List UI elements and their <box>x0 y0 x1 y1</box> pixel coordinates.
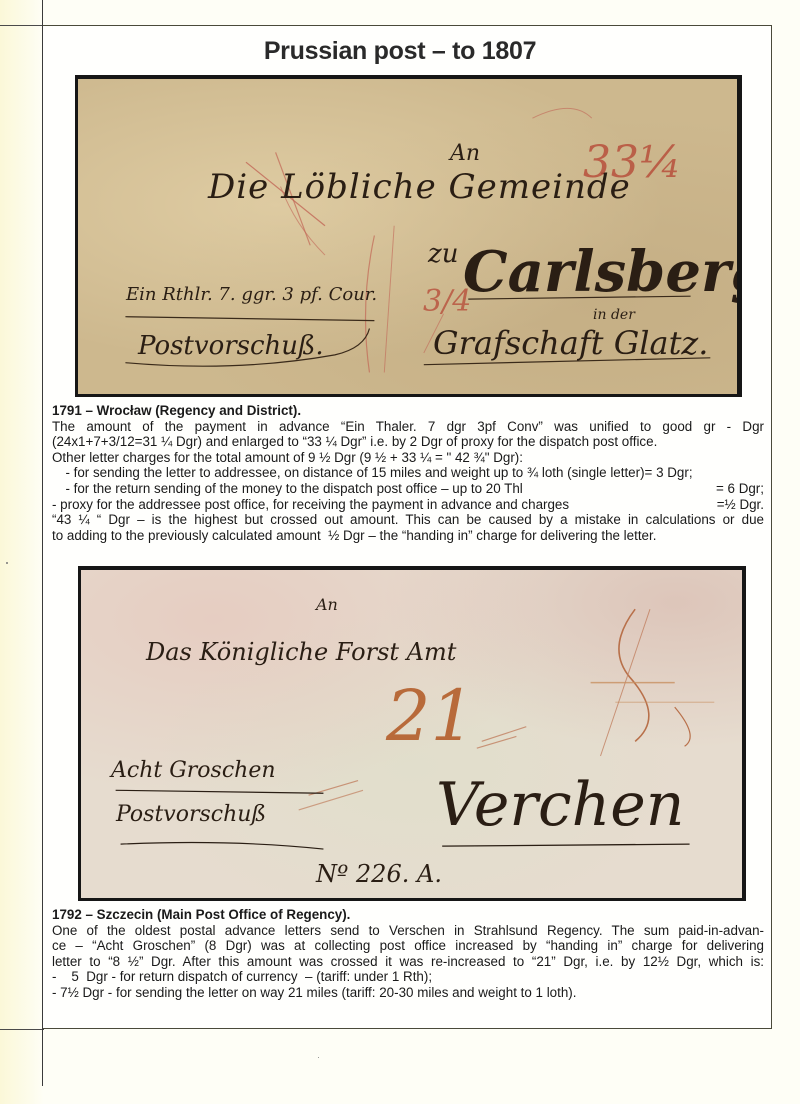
envelope-1792-image: An Das Königliche Forst Amt 21 Acht Gros… <box>78 566 746 901</box>
handwritten-city: Carlsberg, <box>463 239 742 305</box>
charge-row: - for the return sending of the money to… <box>52 481 764 497</box>
paragraph-line: ce – “Acht Groschen” (8 Dgr) was at coll… <box>52 938 764 954</box>
handwritten-salutation: An <box>316 595 338 614</box>
item-heading: 1791 – Wrocław (Regency and District). <box>52 403 764 419</box>
description-1791: 1791 – Wrocław (Regency and District). T… <box>52 403 764 543</box>
charge-row: - for sending the letter to addressee, o… <box>52 465 764 481</box>
handwritten-payment-note: Ein Rthlr. 7. ggr. 3 pf. Cour. <box>126 284 377 305</box>
closing-line: “43 ¼ “ Dgr – is the highest but crossed… <box>52 512 764 528</box>
margin-rule-left <box>42 0 43 1086</box>
paragraph-line: One of the oldest postal advance letters… <box>52 923 764 939</box>
list-line: - 5 Dgr - for return dispatch of currenc… <box>52 969 764 985</box>
handwritten-city: Verchen <box>436 770 684 840</box>
item-heading: 1792 – Szczecin (Main Post Office of Reg… <box>52 907 764 923</box>
list-line: - 7½ Dgr - for sending the letter on way… <box>52 985 764 1001</box>
charge-text: - for sending the letter to addressee, o… <box>58 465 693 481</box>
description-1792: 1792 – Szczecin (Main Post Office of Reg… <box>52 907 764 1001</box>
page-edge-shading <box>0 0 44 1104</box>
handwritten-salutation: An <box>450 141 480 166</box>
handwritten-postvorschuss: Postvorschuß <box>116 802 266 827</box>
margin-rule-top <box>0 25 44 26</box>
charge-amount: = 6 Dgr; <box>716 481 764 497</box>
handwritten-in-der: in der <box>593 307 635 323</box>
margin-rule-bottom <box>0 1029 44 1030</box>
charge-amount: =½ Dgr. <box>717 497 764 513</box>
handwritten-addressee: Die Löbliche Gemeinde <box>208 167 631 207</box>
speck <box>318 1057 319 1058</box>
handwritten-region: Grafschaft Glatz. <box>433 324 708 362</box>
paragraph-line: The amount of the payment in advance “Ei… <box>52 419 764 435</box>
paragraph-line: letter to “8 ½” Dgr. After this amount w… <box>52 954 764 970</box>
page-title: Prussian post – to 1807 <box>0 37 800 66</box>
red-charge-21: 21 <box>386 675 475 757</box>
envelope-1791-image: An Die Löbliche Gemeinde 33¼ zu Carlsber… <box>75 75 742 397</box>
handwritten-postvorschuss: Postvorschuß. <box>138 331 324 361</box>
speck <box>6 562 8 564</box>
charge-row: - proxy for the addressee post office, f… <box>52 497 764 513</box>
red-fraction-three-quarters: 3/4 <box>423 284 471 319</box>
handwritten-addressee: Das Königliche Forst Amt <box>146 638 456 666</box>
handwritten-zu: zu <box>428 239 458 269</box>
closing-line: to adding to the previously calculated a… <box>52 528 764 544</box>
handwritten-left-note-acht-groschen: Acht Groschen <box>111 758 276 783</box>
red-charge-33-quarter: 33¼ <box>583 137 682 188</box>
handwritten-number: Nº 226. A. <box>316 860 442 888</box>
paragraph-line: Other letter charges for the total amoun… <box>52 450 764 466</box>
charge-text: - proxy for the addressee post office, f… <box>52 497 569 513</box>
paragraph-line: (24x1+7+3/12=31 ¼ Dgr) and enlarged to “… <box>52 434 764 450</box>
charge-text: - for the return sending of the money to… <box>58 481 523 497</box>
